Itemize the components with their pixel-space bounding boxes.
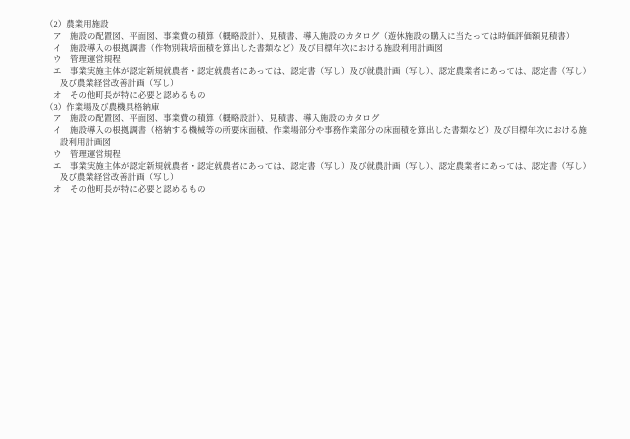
item-marker: オ	[53, 184, 61, 196]
item-text: その他町長が特に必要と認めるもの	[70, 91, 206, 100]
list-item: イ施設導入の根拠調書（格納する機械等の所要床面積、作業場部分や事務作業部分の床面…	[0, 125, 630, 137]
list-item: オその他町長が特に必要と認めるもの	[0, 90, 630, 102]
document-page: （2）農業用施設 ア施設の配置図、平面図、事業費の積算（概略設計）、見積書、導入…	[0, 19, 630, 196]
section-number: （3）	[45, 103, 66, 112]
item-marker: ウ	[53, 54, 61, 66]
item-text: 施設導入の根拠調書（格納する機械等の所要床面積、作業場部分や事務作業部分の床面積…	[70, 126, 587, 135]
list-item: ウ管理運営規程	[0, 54, 630, 66]
item-marker: エ	[53, 66, 61, 78]
item-text: 管理運営規程	[70, 150, 121, 159]
item-marker: オ	[53, 90, 61, 102]
item-text: 管理運営規程	[70, 55, 121, 64]
item-text-continuation: 設利用計画図	[0, 137, 630, 149]
list-item: イ施設導入の根拠調書（作物別栽培面積を算出した書類など）及び目標年次における施設…	[0, 43, 630, 55]
list-item: エ事業実施主体が認定新規就農者・認定就農者にあっては、認定書（写し）及び就農計画…	[0, 66, 630, 78]
item-marker: イ	[53, 125, 61, 137]
list-item: ウ管理運営規程	[0, 149, 630, 161]
section-heading: （3）作業場及び農機具格納庫	[0, 102, 630, 114]
item-text: 施設導入の根拠調書（作物別栽培面積を算出した書類など）及び目標年次における施設利…	[70, 44, 443, 53]
item-text-continuation: 及び農業経営改善計画（写し）	[0, 78, 630, 90]
item-marker: ウ	[53, 149, 61, 161]
item-text: 事業実施主体が認定新規就農者・認定就農者にあっては、認定書（写し）及び就農計画（…	[70, 162, 591, 171]
list-item: オその他町長が特に必要と認めるもの	[0, 184, 630, 196]
section-heading: （2）農業用施設	[0, 19, 630, 31]
section-title: 作業場及び農機具格納庫	[66, 103, 159, 112]
item-marker: ア	[53, 113, 61, 125]
item-text-continuation: 及び農業経営改善計画（写し）	[0, 172, 630, 184]
list-item: エ事業実施主体が認定新規就農者・認定就農者にあっては、認定書（写し）及び就農計画…	[0, 161, 630, 173]
section-title: 農業用施設	[66, 20, 108, 29]
item-text: 事業実施主体が認定新規就農者・認定就農者にあっては、認定書（写し）及び就農計画（…	[70, 67, 591, 76]
item-text: 施設の配置図、平面図、事業費の積算（概略設計）、見積書、導入施設のカタログ	[70, 114, 379, 123]
item-marker: イ	[53, 43, 61, 55]
list-item: ア施設の配置図、平面図、事業費の積算（概略設計）、見積書、導入施設のカタログ	[0, 113, 630, 125]
item-text: 施設の配置図、平面図、事業費の積算（概略設計）、見積書、導入施設のカタログ（遊休…	[70, 32, 574, 41]
item-text: その他町長が特に必要と認めるもの	[70, 185, 206, 194]
item-marker: エ	[53, 161, 61, 173]
item-marker: ア	[53, 31, 61, 43]
list-item: ア施設の配置図、平面図、事業費の積算（概略設計）、見積書、導入施設のカタログ（遊…	[0, 31, 630, 43]
section-number: （2）	[45, 20, 66, 29]
